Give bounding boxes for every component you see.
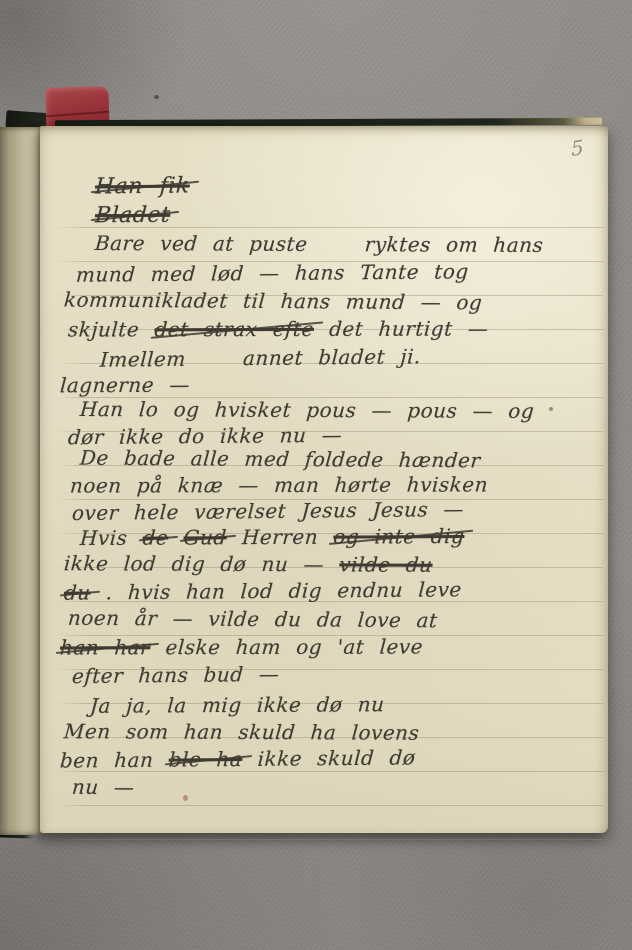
- manuscript-line: Men som han skuld ha lovens: [63, 719, 420, 746]
- manuscript-line: efter hans bud —: [71, 662, 280, 689]
- manuscript-text: efter hans bud —: [71, 662, 280, 689]
- manuscript-text-struck: Bladet: [94, 203, 171, 228]
- manuscript-text: Han lo og hvisket pous — pous — og: [79, 397, 535, 424]
- manuscript-line: kommunikladet til hans mund — og: [63, 288, 483, 316]
- manuscript-line: lagnerne —: [59, 373, 190, 399]
- manuscript-line: over hele værelset Jesus Jesus —: [71, 497, 464, 526]
- manuscript-text: . hvis han lod dig endnu leve: [105, 577, 462, 605]
- manuscript-text: noen år — vilde du da love at: [67, 606, 439, 634]
- manuscript-line: Han lo og hvisket pous — pous — og: [79, 397, 535, 424]
- manuscript-text: Imellem: [99, 347, 186, 373]
- manuscript-text-struck: Gud: [183, 525, 228, 550]
- manuscript-text: De bade alle med foldede hænder: [79, 446, 481, 474]
- manuscript-text: det hurtigt —: [328, 316, 489, 341]
- manuscript-line: Bare ved at puste ryktes om hans: [94, 231, 544, 258]
- manuscript-text: annet bladet ji.: [242, 344, 421, 371]
- manuscript-line: Imellem annet bladet ji.: [99, 344, 421, 372]
- manuscript-line: ikke lod dig dø nu — vilde du: [63, 551, 433, 578]
- manuscript-text: lagnerne —: [59, 373, 190, 399]
- notebook-page: 5 Han fik Bladet Bare ved at puste rykte…: [40, 126, 608, 833]
- manuscript-text: noen på knæ — man hørte hvisken: [69, 472, 489, 498]
- manuscript-text-struck: du: [63, 580, 91, 605]
- lint-speck: [154, 95, 159, 99]
- manuscript-line: han har elske ham og 'at leve: [59, 635, 424, 661]
- manuscript-line: du . hvis han lod dig endnu leve: [63, 577, 462, 605]
- manuscript-line: De bade alle med foldede hænder: [79, 446, 481, 474]
- manuscript-text: ryktes om hans: [364, 232, 544, 258]
- manuscript-text-struck: han har: [59, 635, 151, 660]
- manuscript: Han fik Bladet Bare ved at puste ryktes …: [40, 126, 608, 833]
- ink-speck: [183, 795, 188, 801]
- manuscript-text-struck: Han fik: [94, 173, 190, 199]
- manuscript-line: Han fik: [94, 173, 190, 199]
- manuscript-text: ben han: [59, 748, 154, 774]
- manuscript-line: mund med lød — hans Tante tog: [75, 259, 469, 287]
- manuscript-text: mund med lød — hans Tante tog: [75, 259, 469, 287]
- manuscript-text: Men som han skuld ha lovens: [63, 719, 420, 746]
- manuscript-text: Ja ja, la mig ikke dø nu: [89, 692, 385, 719]
- manuscript-line: noen år — vilde du da love at: [67, 606, 439, 634]
- manuscript-text: Herren: [241, 525, 319, 550]
- manuscript-text-struck: det strax efte: [154, 317, 315, 342]
- manuscript-line: Bladet: [94, 203, 171, 228]
- manuscript-line: skjulte det strax efte det hurtigt —: [67, 316, 489, 342]
- manuscript-text: kommunikladet til hans mund — og: [63, 288, 483, 316]
- manuscript-text-struck: de: [142, 526, 169, 551]
- manuscript-text: ikke skuld dø: [257, 745, 416, 771]
- manuscript-line: nu —: [71, 775, 135, 800]
- manuscript-text: elske ham og 'at leve: [165, 635, 424, 661]
- pencil-dot: [549, 407, 553, 411]
- manuscript-line: ben han ble ha ikke skuld dø: [59, 745, 416, 773]
- manuscript-text: Bare ved at puste: [94, 231, 308, 257]
- photograph-of-notebook: 5 Han fik Bladet Bare ved at puste rykte…: [0, 0, 632, 950]
- manuscript-text: over hele værelset Jesus Jesus —: [71, 497, 464, 526]
- manuscript-text-struck: og inte dig: [333, 524, 466, 550]
- manuscript-line: Ja ja, la mig ikke dø nu: [89, 692, 385, 719]
- manuscript-line: noen på knæ — man hørte hvisken: [69, 472, 489, 498]
- manuscript-text-struck: ble ha: [168, 747, 243, 773]
- manuscript-text-struck: vilde du: [338, 552, 433, 577]
- manuscript-line: Hvis de Gud Herren og inte dig: [79, 524, 465, 551]
- manuscript-text: ikke lod dig dø nu —: [63, 551, 325, 577]
- manuscript-text: Hvis: [79, 526, 128, 551]
- manuscript-text: skjulte: [67, 317, 140, 342]
- page-block-edge: [0, 127, 42, 835]
- manuscript-text: nu —: [71, 775, 135, 800]
